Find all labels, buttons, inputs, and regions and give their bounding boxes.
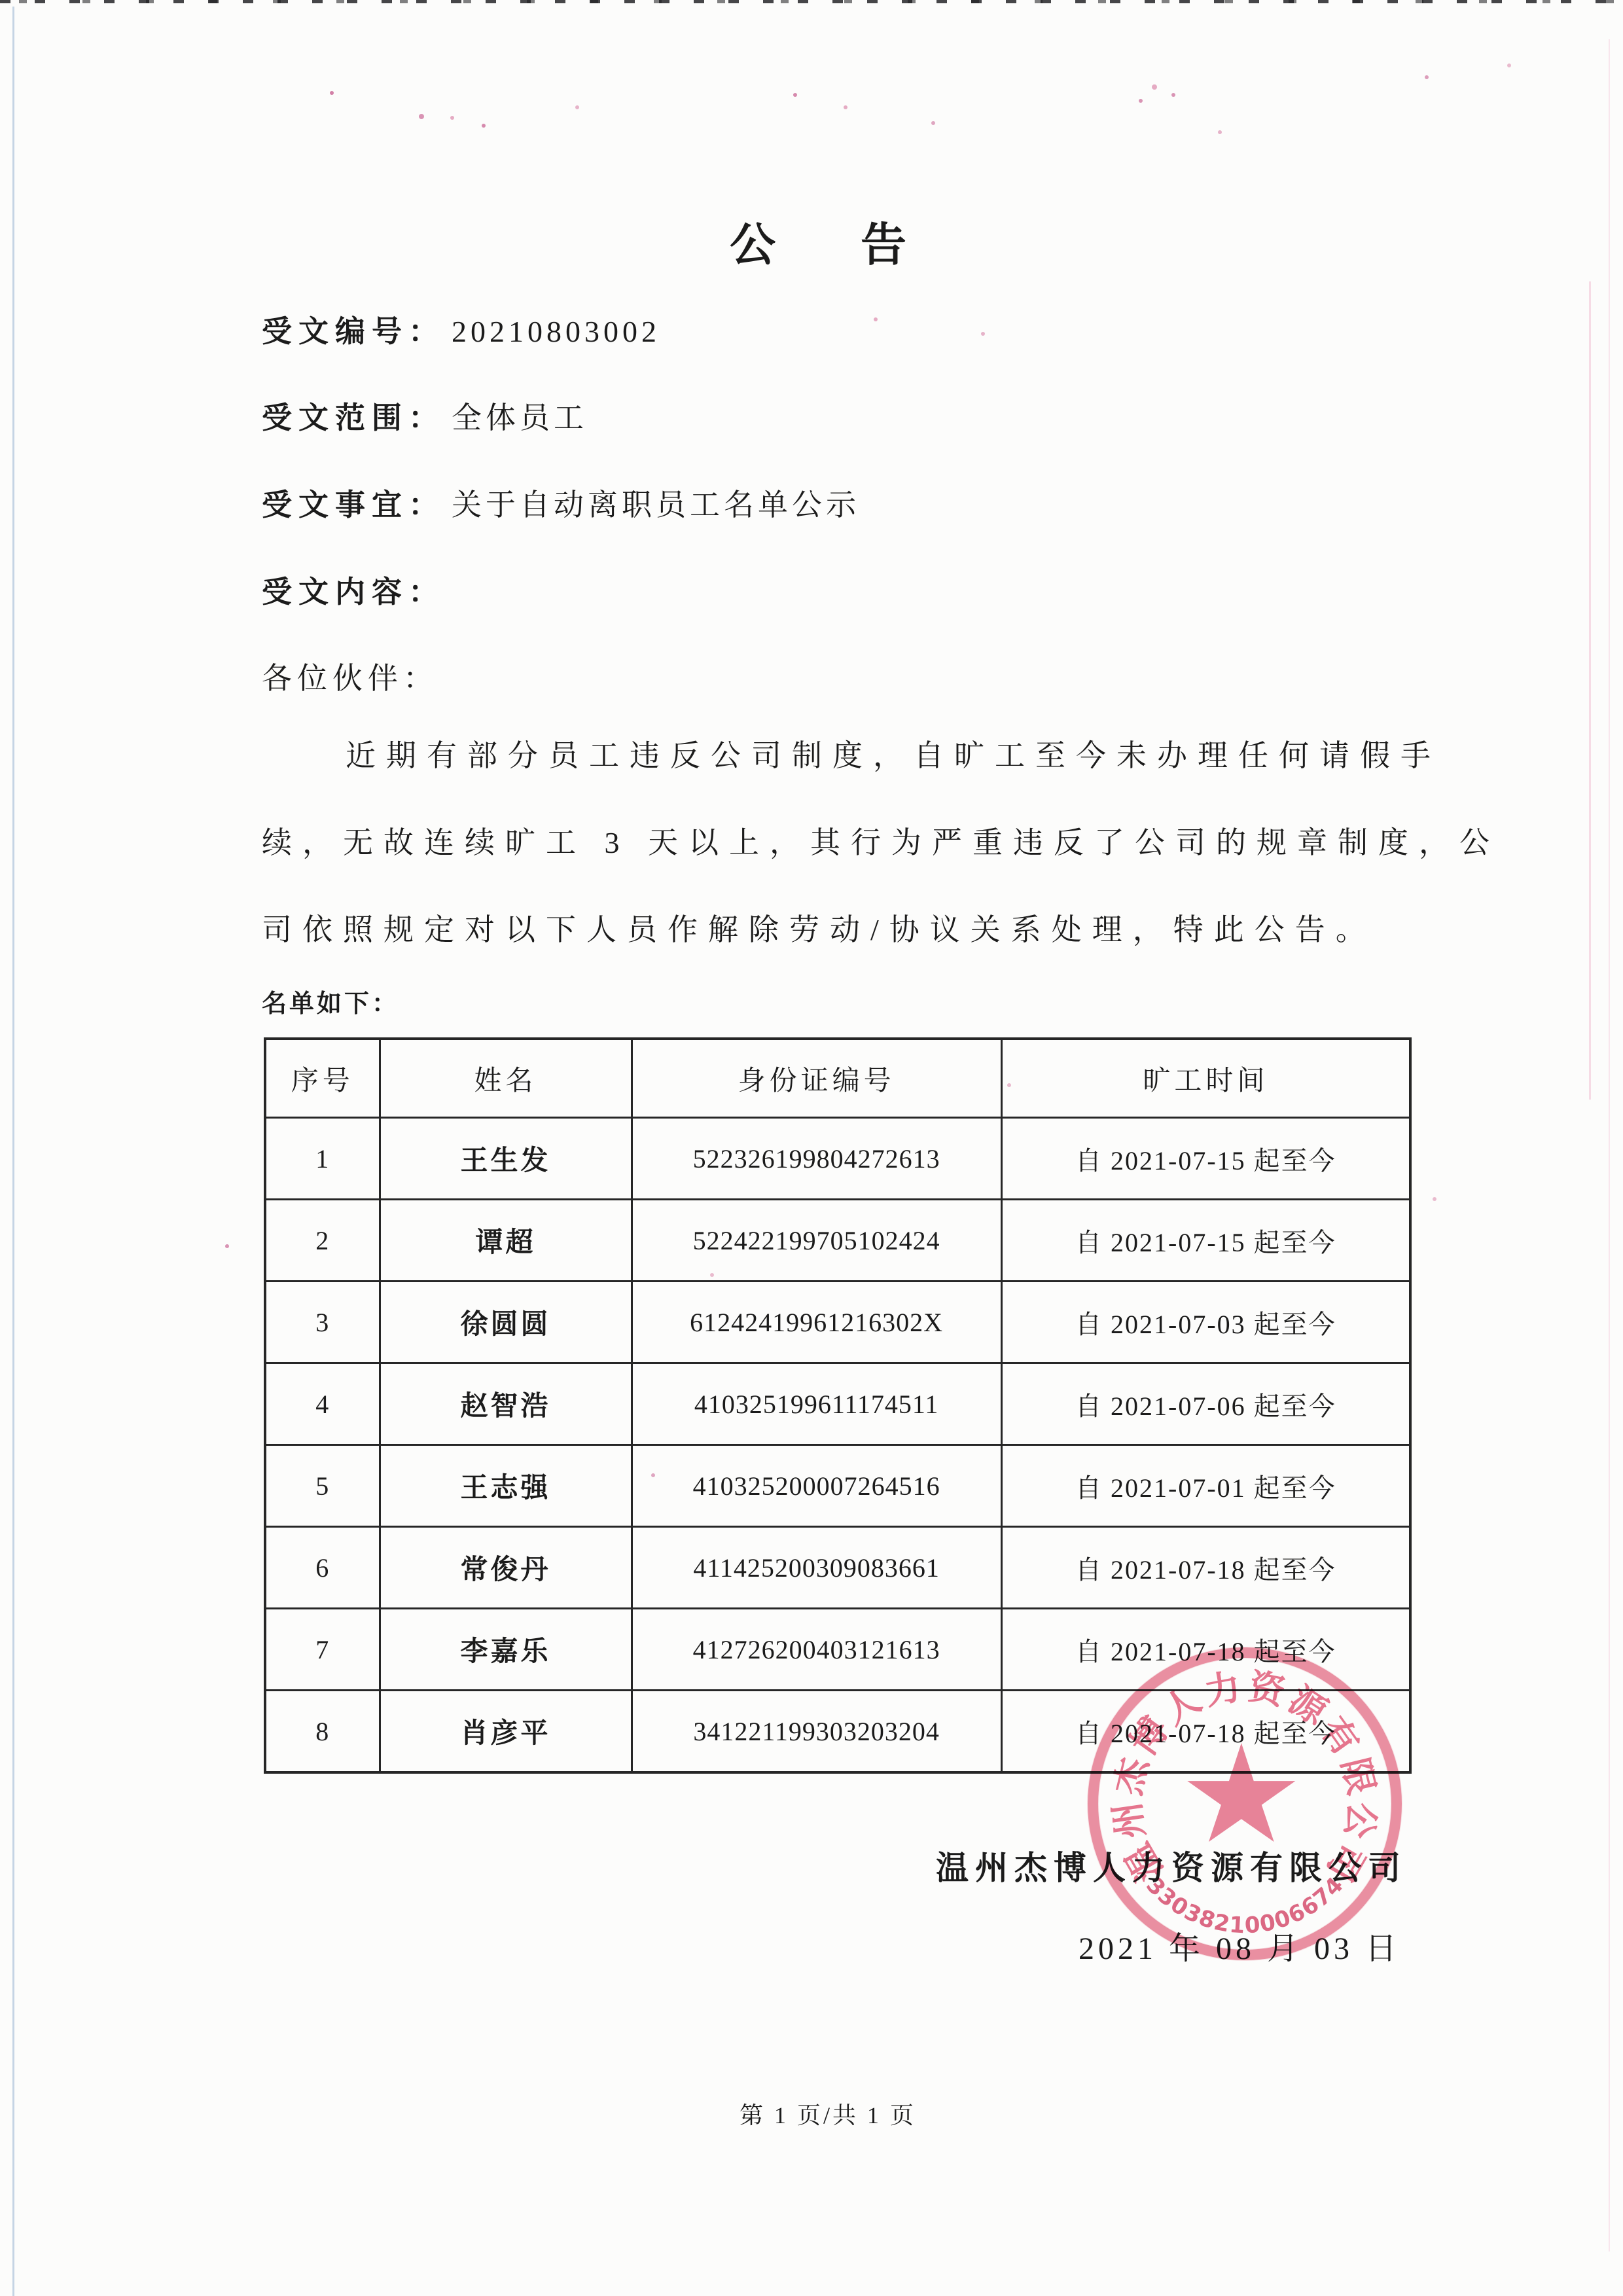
table-row: 4 赵智浩 410325199611174511 自 2021-07-06 起至… xyxy=(265,1363,1410,1445)
cell-id: 410325199611174511 xyxy=(632,1363,1001,1445)
seal-number: 33038210006674 xyxy=(1088,1647,1402,1960)
scan-left-edge-artifact xyxy=(12,7,14,2296)
cell-id: 522422199705102424 xyxy=(632,1200,1001,1282)
cell-absence: 自 2021-07-18 起至今 xyxy=(1001,1527,1410,1609)
list-intro: 名单如下： xyxy=(262,983,399,1019)
col-header-absence: 旷工时间 xyxy=(1001,1039,1410,1118)
cell-name: 常俊丹 xyxy=(380,1527,632,1609)
field-label: 受文范围： xyxy=(262,401,445,435)
field-doc-subject: 受文事宜：关于自动离职员工名单公示 xyxy=(262,481,860,524)
cell-id: 341221199303203204 xyxy=(632,1691,1001,1773)
table-row: 6 常俊丹 411425200309083661 自 2021-07-18 起至… xyxy=(265,1527,1410,1609)
cell-name: 王生发 xyxy=(380,1118,632,1200)
field-doc-scope: 受文范围：全体员工 xyxy=(262,394,588,437)
cell-name: 李嘉乐 xyxy=(380,1609,632,1691)
field-doc-number: 受文编号：20210803002 xyxy=(262,308,660,351)
field-value: 关于自动离职员工名单公示 xyxy=(452,488,860,522)
cell-index: 8 xyxy=(265,1691,380,1773)
cell-index: 2 xyxy=(265,1200,380,1282)
scan-pink-streak xyxy=(1589,281,1591,1100)
cell-name: 徐圆圆 xyxy=(380,1282,632,1363)
cell-index: 3 xyxy=(265,1282,380,1363)
scan-pink-streak xyxy=(1609,39,1610,2251)
field-label: 受文内容： xyxy=(262,575,445,609)
col-header-id: 身份证编号 xyxy=(632,1039,1001,1118)
field-value: 全体员工 xyxy=(452,401,588,435)
company-seal: 温州杰博人力资源有限公司 33038210006674 xyxy=(1088,1647,1402,1960)
cell-absence: 自 2021-07-06 起至今 xyxy=(1001,1363,1410,1445)
scan-speckles xyxy=(0,0,3,3)
field-label: 受文事宜： xyxy=(262,488,445,522)
cell-name: 谭超 xyxy=(380,1200,632,1282)
cell-index: 5 xyxy=(265,1445,380,1527)
cell-name: 肖彦平 xyxy=(380,1691,632,1773)
field-doc-content: 受文内容： xyxy=(262,568,452,611)
cell-name: 赵智浩 xyxy=(380,1363,632,1445)
cell-id: 410325200007264516 xyxy=(632,1445,1001,1527)
table-row: 5 王志强 410325200007264516 自 2021-07-01 起至… xyxy=(265,1445,1410,1527)
table-header-row: 序号 姓名 身份证编号 旷工时间 xyxy=(265,1039,1410,1118)
cell-id: 412726200403121613 xyxy=(632,1609,1001,1691)
cell-absence: 自 2021-07-01 起至今 xyxy=(1001,1445,1410,1527)
body-line: 近期有部分员工违反公司制度，自旷工至今未办理任何请假手 xyxy=(262,732,1497,775)
body-line: 司依照规定对以下人员作解除劳动/协议关系处理，特此公告。 xyxy=(262,906,1414,949)
cell-index: 6 xyxy=(265,1527,380,1609)
field-label: 受文编号： xyxy=(262,315,445,348)
salutation: 各位伙伴： xyxy=(262,655,438,698)
table-row: 3 徐圆圆 61242419961216302X 自 2021-07-03 起至… xyxy=(265,1282,1410,1363)
table-row: 1 王生发 522326199804272613 自 2021-07-15 起至… xyxy=(265,1118,1410,1200)
cell-index: 4 xyxy=(265,1363,380,1445)
cell-index: 7 xyxy=(265,1609,380,1691)
page-title: 公 告 xyxy=(262,208,1394,274)
col-header-index: 序号 xyxy=(265,1039,380,1118)
cell-absence: 自 2021-07-15 起至今 xyxy=(1001,1118,1410,1200)
cell-id: 61242419961216302X xyxy=(632,1282,1001,1363)
field-value: 20210803002 xyxy=(452,315,660,348)
cell-absence: 自 2021-07-03 起至今 xyxy=(1001,1282,1410,1363)
cell-id: 411425200309083661 xyxy=(632,1527,1001,1609)
table-row: 2 谭超 522422199705102424 自 2021-07-15 起至今 xyxy=(265,1200,1410,1282)
scan-top-edge-artifact xyxy=(0,0,1623,3)
cell-id: 522326199804272613 xyxy=(632,1118,1001,1200)
cell-absence: 自 2021-07-15 起至今 xyxy=(1001,1200,1410,1282)
cell-index: 1 xyxy=(265,1118,380,1200)
col-header-name: 姓名 xyxy=(380,1039,632,1118)
cell-name: 王志强 xyxy=(380,1445,632,1527)
page-number: 第 1 页/共 1 页 xyxy=(262,2097,1394,2130)
scanned-document-page: 公 告 受文编号：20210803002 受文范围：全体员工 受文事宜：关于自动… xyxy=(0,0,1623,2296)
body-line: 续，无故连续旷工 3 天以上，其行为严重违反了公司的规章制度，公 xyxy=(262,819,1414,862)
